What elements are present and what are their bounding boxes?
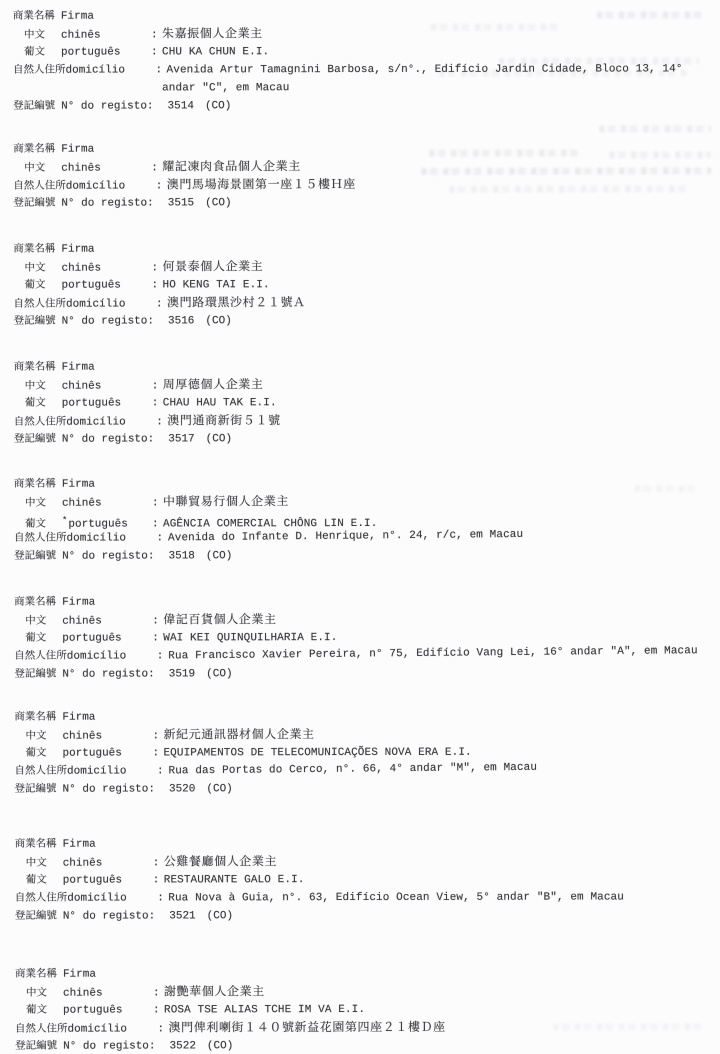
portuguese-name-value: HO KENG TAI E.I. [162, 276, 269, 294]
label-firma-zh: 商業名稱 [14, 359, 62, 377]
registry-number-value: 3515 [168, 194, 194, 212]
label-firma-pt: Firma [61, 140, 151, 158]
portuguese-name-row: 葡文 português : CHU KA CHUN E.I. [0, 42, 719, 62]
domicile-row: 自然人住所 domicílio : Avenida do Infante D. … [0, 528, 720, 548]
label-chinese-zh: 中文 [25, 728, 62, 746]
colon-separator: : [152, 394, 163, 412]
document-page: 商業名稱 Firma 中文 chinês : 朱嘉振個人企業主 葡文 portu… [0, 0, 720, 1054]
domicile-row: 自然人住所 domicílio : Rua Nova à Guia, n°. 6… [1, 888, 720, 908]
registry-number-value: 3520 [169, 780, 195, 798]
label-firma-pt: Firma [62, 475, 152, 493]
business-name-row: 商業名稱 Firma [0, 474, 720, 494]
colon-separator: : [151, 43, 162, 61]
registry-entry: 商業名稱 Firma 中文 chinês : 朱嘉振個人企業主 葡文 portu… [0, 6, 719, 116]
portuguese-name-value: RESTAURANTE GALO E.I. [164, 871, 305, 889]
label-firma-pt: Firma [63, 965, 153, 983]
label-firma-zh: 商業名稱 [13, 241, 61, 259]
colon-separator: : [153, 854, 164, 872]
label-chinese-zh: 中文 [25, 495, 62, 513]
colon-separator: : [151, 259, 162, 277]
colon-separator: : [156, 177, 167, 195]
registry-number-value: 3522 [169, 1037, 195, 1054]
colon-separator: : [156, 61, 167, 79]
registry-type-value: (CO) [206, 547, 232, 565]
registry-number-row: 登記編號 N° do registo: 3518 (CO) [0, 546, 720, 566]
label-portuguese-pt: português [61, 43, 151, 61]
chinese-name-row: 中文 chinês : 周厚德個人企業主 [0, 375, 720, 395]
label-portuguese-zh: 葡文 [25, 745, 62, 763]
registry-number-row: 登記編號 N° do registo: 3519 (CO) [0, 664, 720, 684]
label-portuguese-pt: português [61, 276, 151, 294]
address-continuation-row: andar "C", em Macau [0, 78, 719, 98]
label-domicile-pt: domicílio [67, 529, 157, 547]
label-firma-pt: Firma [61, 7, 151, 25]
colon-separator: : [158, 1020, 169, 1038]
colon-separator: : [153, 984, 164, 1002]
label-domicile-zh: 自然人住所 [14, 763, 67, 781]
label-domicile-pt: domicílio [67, 647, 157, 665]
label-portuguese-zh: 葡文 [26, 872, 63, 890]
label-portuguese-pt: português [63, 871, 153, 889]
label-chinese-zh: 中文 [26, 855, 63, 873]
label-portuguese-zh: 葡文 [26, 1002, 63, 1020]
registry-number-value: 3514 [168, 97, 194, 115]
business-name-row: 商業名稱 Firma [0, 707, 720, 727]
domicile-row: 自然人住所 domicílio : Rua das Portas do Cerc… [0, 761, 720, 781]
label-firma-zh: 商業名稱 [14, 476, 62, 494]
label-registry-pt: N° do registo: [62, 312, 154, 330]
registry-entry: 商業名稱 Firma 中文 chinês : 新紀元通訊器材個人企業主 葡文 p… [0, 707, 720, 799]
registry-number-value: 3516 [168, 312, 194, 330]
label-registry-pt: N° do registo: [63, 780, 155, 798]
address-value-line2: andar "C", em Macau [162, 79, 289, 97]
colon-separator: : [157, 762, 168, 780]
address-value: 澳門俾利喇街１４０號新益花園第四座２１樓Ｄ座 [169, 1019, 446, 1038]
label-registry-zh: 登記編號 [15, 908, 63, 926]
chinese-name-value: 耀記凍肉食品個人企業主 [162, 158, 301, 176]
label-registry-zh: 登記編號 [14, 431, 62, 449]
label-registry-zh: 登記編號 [14, 666, 62, 684]
portuguese-name-value: WAI KEI QUINQUILHARIA E.I. [163, 629, 337, 647]
chinese-name-row: 中文 chinês : 謝艷華個人企業主 [1, 982, 720, 1002]
registry-type-value: (CO) [206, 665, 232, 683]
colon-separator: : [157, 529, 168, 547]
colon-separator: : [157, 889, 168, 907]
domicile-row: 自然人住所 domicílio : 澳門路環黑沙村２１號Ａ [0, 293, 720, 313]
colon-separator: : [151, 276, 162, 294]
portuguese-name-value: CHU KA CHUN E.I. [162, 43, 269, 61]
portuguese-name-value: CHAU HAU TAK E.I. [163, 394, 277, 412]
label-domicile-zh: 自然人住所 [13, 62, 66, 80]
registry-type-value: (CO) [205, 194, 231, 212]
registry-entry: 商業名稱 Firma 中文 chinês : 何景泰個人企業主 葡文 portu… [0, 239, 720, 331]
label-chinese-pt: chinês [63, 854, 153, 872]
label-chinese-zh: 中文 [24, 160, 61, 178]
registry-type-value: (CO) [205, 97, 231, 115]
label-registry-pt: N° do registo: [63, 907, 155, 925]
registry-type-value: (CO) [205, 312, 231, 330]
label-registry-pt: N° do registo: [63, 1037, 155, 1054]
registry-number-value: 3519 [169, 665, 195, 683]
label-registry-zh: 登記編號 [13, 195, 61, 213]
label-domicile-pt: domicílio [67, 889, 157, 907]
label-portuguese-pt: português [62, 744, 152, 762]
registry-number-row: 登記編號 N° do registo: 3521 (CO) [1, 906, 720, 926]
label-registry-zh: 登記編號 [14, 313, 62, 331]
colon-separator: : [151, 159, 162, 177]
colon-separator: : [152, 612, 163, 630]
colon-separator: : [152, 744, 163, 762]
stray-mark: * [62, 516, 67, 526]
label-firma-zh: 商業名稱 [15, 966, 63, 984]
label-registry-pt: N° do registo: [62, 547, 154, 565]
label-firma-zh: 商業名稱 [13, 141, 61, 159]
label-domicile-pt: domicílio [66, 177, 156, 195]
colon-separator: : [152, 377, 163, 395]
ink-bleed-artifact [599, 125, 711, 132]
registry-number-value: 3517 [168, 430, 194, 448]
chinese-name-value: 公雞餐廳個人企業主 [164, 853, 277, 871]
business-name-row: 商業名稱 Firma [0, 139, 719, 159]
registry-type-value: (CO) [206, 780, 232, 798]
label-firma-pt: Firma [61, 240, 151, 258]
label-domicile-zh: 自然人住所 [13, 178, 66, 196]
domicile-row: 自然人住所 domicílio : 澳門馬場海景園第一座１５樓Ｈ座 [0, 175, 719, 195]
address-value: 澳門路環黑沙村２１號Ａ [167, 294, 306, 312]
label-domicile-zh: 自然人住所 [14, 530, 67, 548]
registry-entry: 商業名稱 Firma 中文 chinês : 公雞餐廳個人企業主 葡文 port… [1, 834, 720, 926]
label-chinese-pt: chinês [61, 259, 151, 277]
registry-entry: 商業名稱 Firma 中文 chinês : 中聯貿易行個人企業主 葡文 *po… [0, 474, 720, 566]
label-domicile-pt: domicílio [66, 413, 156, 431]
registry-number-value: 3521 [169, 907, 195, 925]
portuguese-name-value: ROSA TSE ALIAS TCHE IM VA E.I. [164, 1001, 365, 1019]
label-firma-zh: 商業名稱 [14, 709, 62, 727]
label-firma-pt: Firma [63, 835, 153, 853]
address-value: Avenida do Infante D. Henrique, n°. 24, … [167, 526, 522, 548]
portuguese-name-row: 葡文 português : ROSA TSE ALIAS TCHE IM VA… [1, 1000, 720, 1020]
label-portuguese-zh: 葡文 [25, 630, 62, 648]
label-domicile-zh: 自然人住所 [14, 296, 67, 314]
registry-number-value: 3518 [168, 547, 194, 565]
portuguese-name-row: 葡文 português : HO KENG TAI E.I. [0, 275, 720, 295]
label-domicile-pt: domicílio [66, 61, 156, 79]
label-chinese-pt: chinês [61, 26, 151, 44]
label-chinese-pt: chinês [62, 494, 152, 512]
label-registry-pt: N° do registo: [61, 97, 153, 115]
label-domicile-pt: domicílio [68, 1020, 158, 1038]
label-registry-pt: N° do registo: [61, 194, 153, 212]
business-name-row: 商業名稱 Firma [0, 6, 719, 26]
colon-separator: : [152, 727, 163, 745]
label-chinese-zh: 中文 [25, 613, 62, 631]
label-registry-zh: 登記編號 [14, 548, 62, 566]
label-registry-zh: 登記編號 [15, 1038, 63, 1054]
registry-number-row: 登記編號 N° do registo: 3514 (CO) [0, 96, 719, 116]
registry-entry: 商業名稱 Firma 中文 chinês : 偉記百貨個人企業主 葡文 port… [0, 592, 720, 684]
chinese-name-value: 朱嘉振個人企業主 [162, 25, 263, 43]
colon-separator: : [151, 26, 162, 44]
label-domicile-pt: domicílio [67, 762, 157, 780]
business-name-row: 商業名稱 Firma [1, 834, 720, 854]
registry-type-value: (CO) [206, 430, 232, 448]
address-value: 澳門馬場海景園第一座１５樓Ｈ座 [167, 176, 356, 194]
label-firma-zh: 商業名稱 [15, 836, 63, 854]
label-firma-pt: Firma [62, 593, 152, 611]
domicile-row: 自然人住所 domicílio : 澳門通商新街５１號 [0, 411, 720, 431]
chinese-name-value: 何景泰個人企業主 [162, 258, 263, 276]
label-portuguese-zh: 葡文 [25, 395, 62, 413]
label-chinese-zh: 中文 [25, 378, 62, 396]
chinese-name-value: 偉記百貨個人企業主 [163, 611, 276, 629]
address-value: Rua Francisco Xavier Pereira, n° 75, Edi… [168, 642, 698, 665]
label-registry-pt: N° do registo: [62, 430, 154, 448]
domicile-row: 自然人住所 domicílio : 澳門俾利喇街１４０號新益花園第四座２１樓Ｄ座 [1, 1018, 720, 1038]
portuguese-name-row: 葡文 português : RESTAURANTE GALO E.I. [1, 870, 720, 890]
label-firma-zh: 商業名稱 [13, 8, 61, 26]
colon-separator: : [156, 295, 167, 313]
colon-separator: : [156, 413, 167, 431]
chinese-name-row: 中文 chinês : 中聯貿易行個人企業主 [0, 492, 720, 512]
chinese-name-value: 新紀元通訊器材個人企業主 [163, 726, 314, 744]
registry-number-row: 登記編號 N° do registo: 3515 (CO) [0, 193, 719, 213]
registry-entry: 商業名稱 Firma 中文 chinês : 周厚德個人企業主 葡文 portu… [0, 357, 720, 449]
business-name-row: 商業名稱 Firma [0, 357, 720, 377]
colon-separator: : [153, 871, 164, 889]
chinese-name-row: 中文 chinês : 朱嘉振個人企業主 [0, 24, 719, 44]
registry-number-row: 登記編號 N° do registo: 3517 (CO) [0, 429, 720, 449]
label-firma-pt: Firma [62, 358, 152, 376]
registry-type-value: (CO) [207, 907, 233, 925]
label-chinese-zh: 中文 [24, 260, 61, 278]
label-chinese-pt: chinês [62, 727, 152, 745]
label-portuguese-pt: português [62, 394, 152, 412]
label-registry-zh: 登記編號 [13, 98, 61, 116]
label-domicile-zh: 自然人住所 [14, 414, 67, 432]
business-name-row: 商業名稱 Firma [0, 239, 719, 259]
label-chinese-pt: chinês [62, 612, 152, 630]
address-value: 澳門通商新街５１號 [167, 412, 280, 430]
label-portuguese-zh: 葡文 [24, 44, 61, 62]
label-domicile-zh: 自然人住所 [14, 648, 67, 666]
label-registry-zh: 登記編號 [15, 781, 63, 799]
colon-separator: : [157, 647, 168, 665]
label-chinese-zh: 中文 [26, 985, 63, 1003]
business-name-row: 商業名稱 Firma [1, 964, 720, 984]
label-portuguese-zh: 葡文 [24, 277, 61, 295]
address-value: Rua das Portas do Cerco, n°. 66, 4° anda… [168, 759, 537, 781]
chinese-name-value: 中聯貿易行個人企業主 [163, 493, 289, 511]
label-chinese-pt: chinês [63, 984, 153, 1002]
label-chinese-pt: chinês [62, 377, 152, 395]
chinese-name-row: 中文 chinês : 偉記百貨個人企業主 [0, 610, 720, 630]
registry-entry: 商業名稱 Firma 中文 chinês : 謝艷華個人企業主 葡文 portu… [1, 964, 720, 1054]
portuguese-name-row: 葡文 português : CHAU HAU TAK E.I. [0, 393, 720, 413]
label-firma-zh: 商業名稱 [14, 594, 62, 612]
label-chinese-pt: chinês [61, 159, 151, 177]
domicile-row: 自然人住所 domicílio : Avenida Artur Tamagnin… [0, 60, 719, 80]
label-portuguese-pt: português [62, 629, 152, 647]
chinese-name-row: 中文 chinês : 耀記凍肉食品個人企業主 [0, 157, 719, 177]
chinese-name-value: 謝艷華個人企業主 [164, 983, 265, 1001]
address-value: Rua Nova à Guia, n°. 63, Edifício Ocean … [168, 888, 624, 907]
colon-separator: : [153, 1001, 164, 1019]
chinese-name-row: 中文 chinês : 何景泰個人企業主 [0, 257, 719, 277]
registry-entry: 商業名稱 Firma 中文 chinês : 耀記凍肉食品個人企業主 自然人住所… [0, 139, 719, 213]
label-domicile-pt: domicílio [66, 295, 156, 313]
registry-number-row: 登記編號 N° do registo: 3520 (CO) [1, 779, 720, 799]
registry-type-value: (CO) [207, 1037, 233, 1054]
address-value: Avenida Artur Tamagnini Barbosa, s/n°., … [167, 60, 683, 79]
label-firma-pt: Firma [62, 708, 152, 726]
label-portuguese-pt: português [63, 1001, 153, 1019]
colon-separator: : [152, 629, 163, 647]
business-name-row: 商業名稱 Firma [0, 592, 720, 612]
label-domicile-zh: 自然人住所 [15, 1021, 68, 1039]
registry-number-row: 登記編號 N° do registo: 3522 (CO) [1, 1036, 720, 1054]
registry-number-row: 登記編號 N° do registo: 3516 (CO) [0, 311, 720, 331]
chinese-name-row: 中文 chinês : 新紀元通訊器材個人企業主 [0, 725, 720, 745]
domicile-row: 自然人住所 domicílio : Rua Francisco Xavier P… [0, 646, 720, 666]
colon-separator: : [152, 494, 163, 512]
chinese-name-row: 中文 chinês : 公雞餐廳個人企業主 [1, 852, 720, 872]
chinese-name-value: 周厚德個人企業主 [163, 376, 264, 394]
label-domicile-zh: 自然人住所 [15, 890, 68, 908]
label-chinese-zh: 中文 [24, 27, 61, 45]
label-registry-pt: N° do registo: [62, 665, 154, 683]
